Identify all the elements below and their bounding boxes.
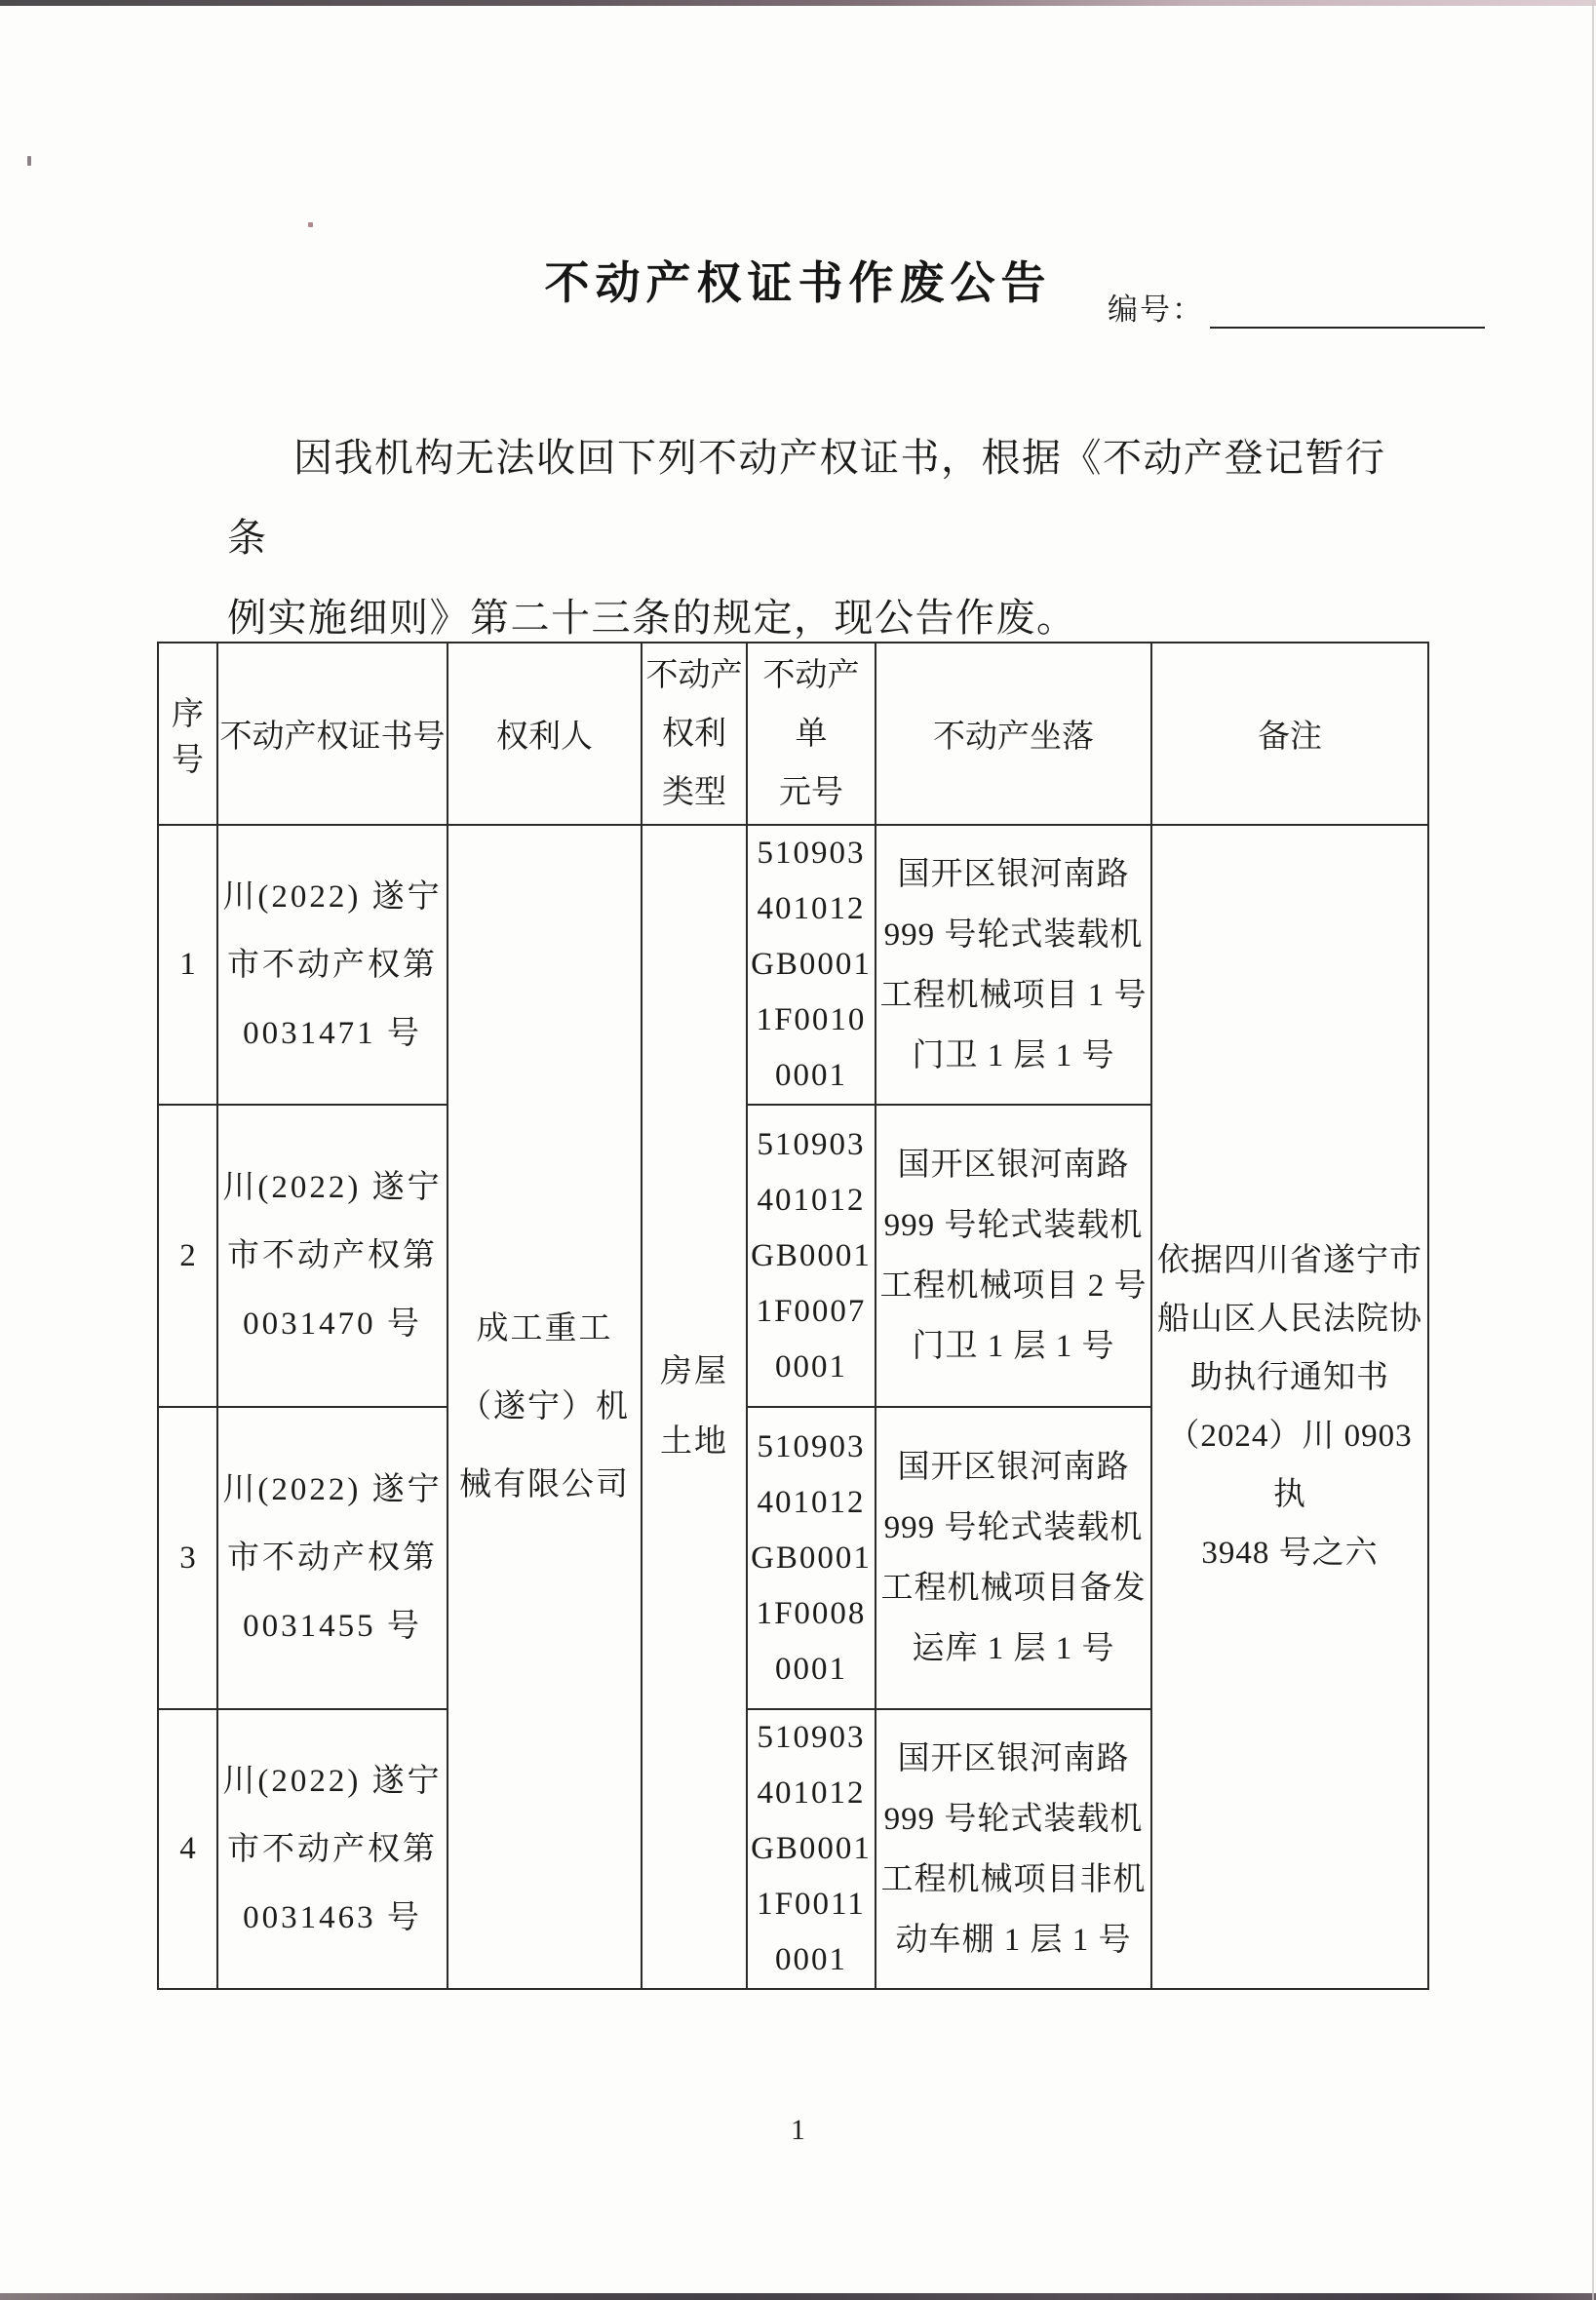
column-header-remark: 备注	[1151, 643, 1428, 825]
unit-no-cell: 510903401012GB00011F00070001	[747, 1105, 876, 1407]
notice-paragraph: 因我机构无法收回下列不动产权证书，根据《不动产登记暂行条例实施细则》第二十三条的…	[227, 418, 1409, 658]
cert-no-cell: 川(2022) 遂宁市不动产权第0031455 号	[217, 1407, 448, 1709]
unit-no-cell: 510903401012GB00011F00080001	[747, 1407, 876, 1709]
location-cell: 国开区银河南路999 号轮式装载机工程机械项目备发运库 1 层 1 号	[876, 1407, 1151, 1709]
serial-number-blank	[1210, 292, 1485, 329]
column-header-holder: 权利人	[448, 643, 642, 825]
serial-number-label: 编号：	[1108, 292, 1204, 327]
location-cell: 国开区银河南路999 号轮式装载机工程机械项目非机动车棚 1 层 1 号	[876, 1709, 1151, 1989]
location-cell: 国开区银河南路999 号轮式装载机工程机械项目 2 号门卫 1 层 1 号	[876, 1105, 1151, 1407]
remark-cell: 依据四川省遂宁市船山区人民法院协助执行通知书（2024）川 0903 执3948…	[1151, 825, 1428, 1989]
seq-cell: 2	[158, 1105, 217, 1407]
cert-no-cell: 川(2022) 遂宁市不动产权第0031471 号	[217, 825, 448, 1105]
scan-edge-bottom	[0, 2293, 1596, 2300]
seq-cell: 3	[158, 1407, 217, 1709]
seq-cell: 1	[158, 825, 217, 1105]
right-type-cell: 房屋土地	[642, 825, 747, 1989]
column-header-right-type: 不动产权利类型	[642, 643, 747, 825]
cert-no-cell: 川(2022) 遂宁市不动产权第0031463 号	[217, 1709, 448, 1989]
column-header-unit-no: 不动产单元号	[747, 643, 876, 825]
scan-edge-top	[0, 0, 1596, 6]
invalidated-certificates-table: 序号 不动产权证书号 权利人 不动产权利类型 不动产单元号 不动产坐落 备注 1…	[157, 642, 1429, 1990]
serial-number-line: 编号：	[1108, 285, 1485, 329]
column-header-cert-no: 不动产权证书号	[217, 643, 448, 825]
column-header-location: 不动产坐落	[876, 643, 1151, 825]
unit-no-cell: 510903401012GB00011F00100001	[747, 825, 876, 1105]
page-number: 1	[0, 2114, 1596, 2147]
column-header-seq: 序号	[158, 643, 217, 825]
cert-no-cell: 川(2022) 遂宁市不动产权第0031470 号	[217, 1105, 448, 1407]
scan-speck	[27, 156, 31, 166]
unit-no-cell: 510903401012GB00011F00110001	[747, 1709, 876, 1989]
seq-cell: 4	[158, 1709, 217, 1989]
scan-speck	[308, 222, 313, 227]
holder-cell: 成工重工（遂宁）机械有限公司	[448, 825, 642, 1989]
table-row: 1 川(2022) 遂宁市不动产权第0031471 号 成工重工（遂宁）机械有限…	[158, 825, 1428, 1105]
table-header-row: 序号 不动产权证书号 权利人 不动产权利类型 不动产单元号 不动产坐落 备注	[158, 643, 1428, 825]
scanned-notice-page: 不动产权证书作废公告 编号： 因我机构无法收回下列不动产权证书，根据《不动产登记…	[0, 0, 1596, 2300]
scan-edge-right	[1592, 0, 1594, 2300]
location-cell: 国开区银河南路999 号轮式装载机工程机械项目 1 号门卫 1 层 1 号	[876, 825, 1151, 1105]
